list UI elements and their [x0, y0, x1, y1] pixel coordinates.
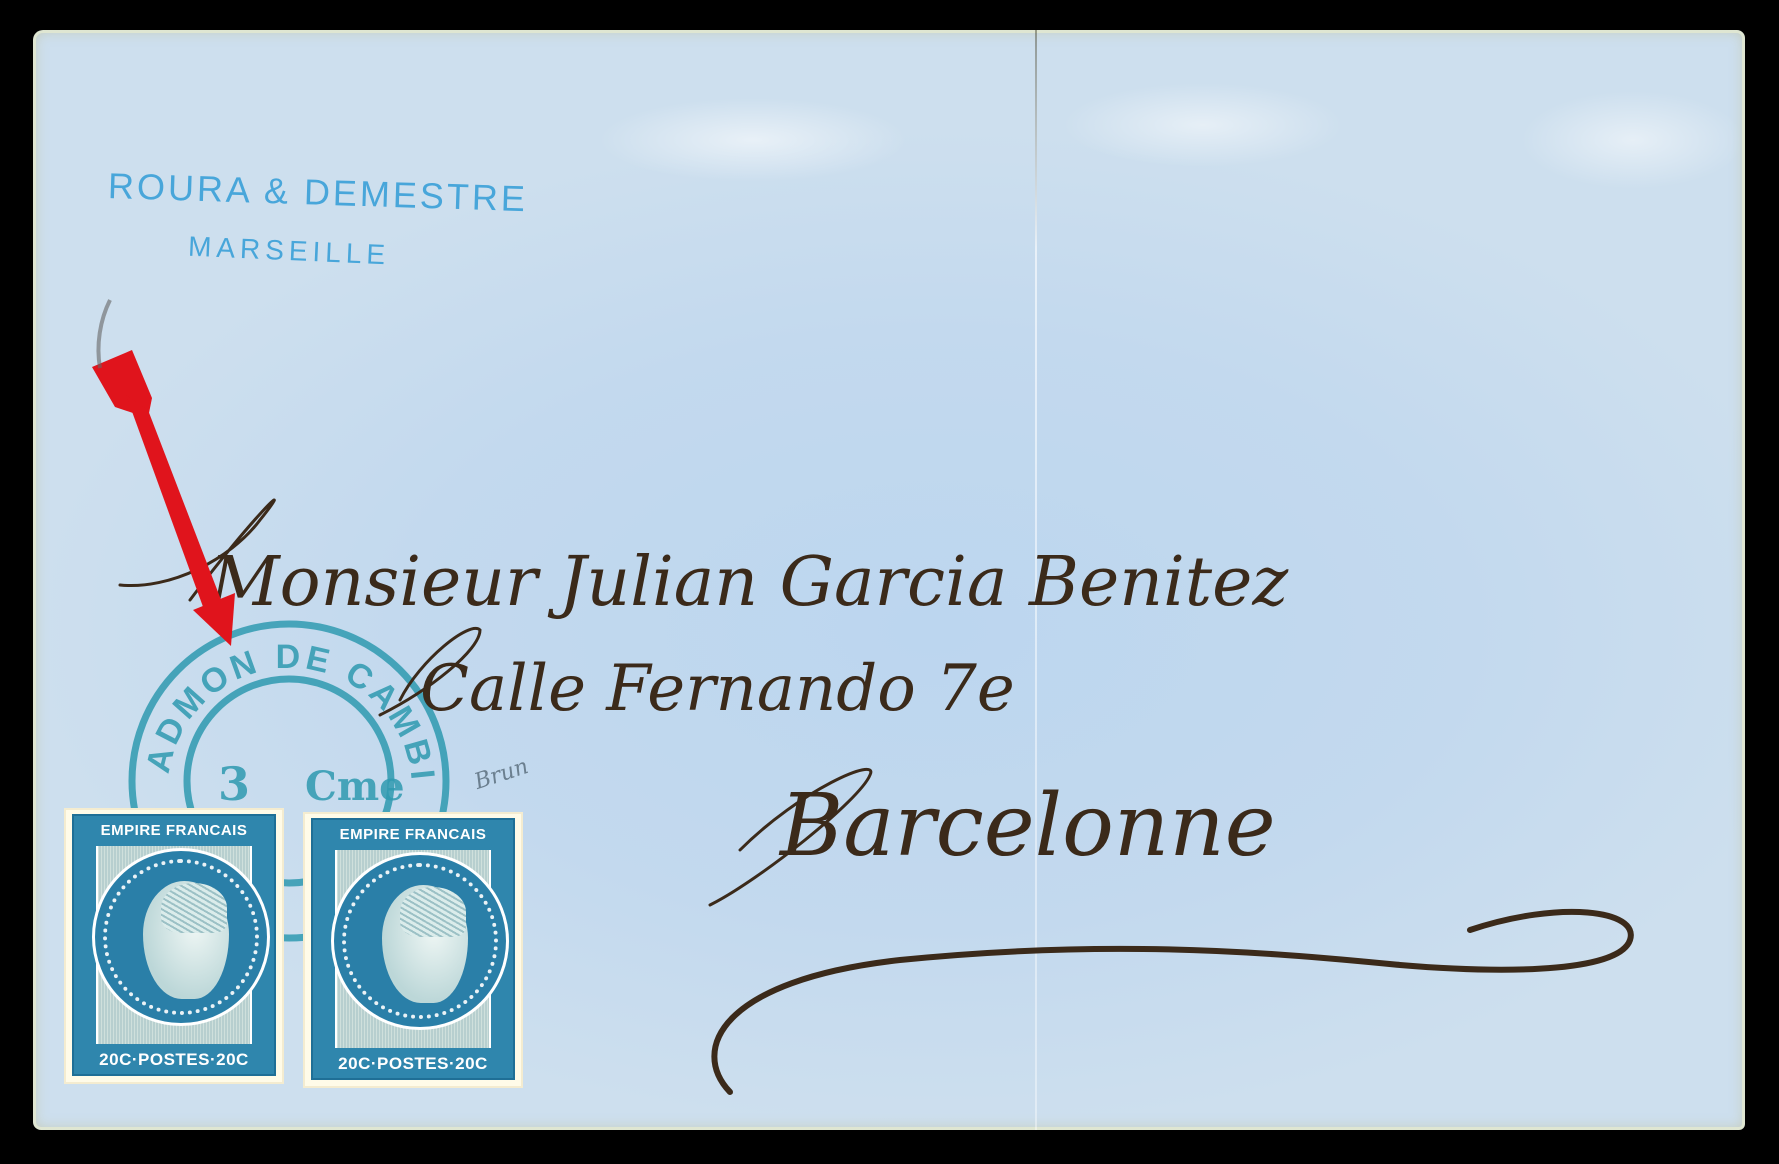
red-arrow-annotation: [0, 0, 1779, 1164]
